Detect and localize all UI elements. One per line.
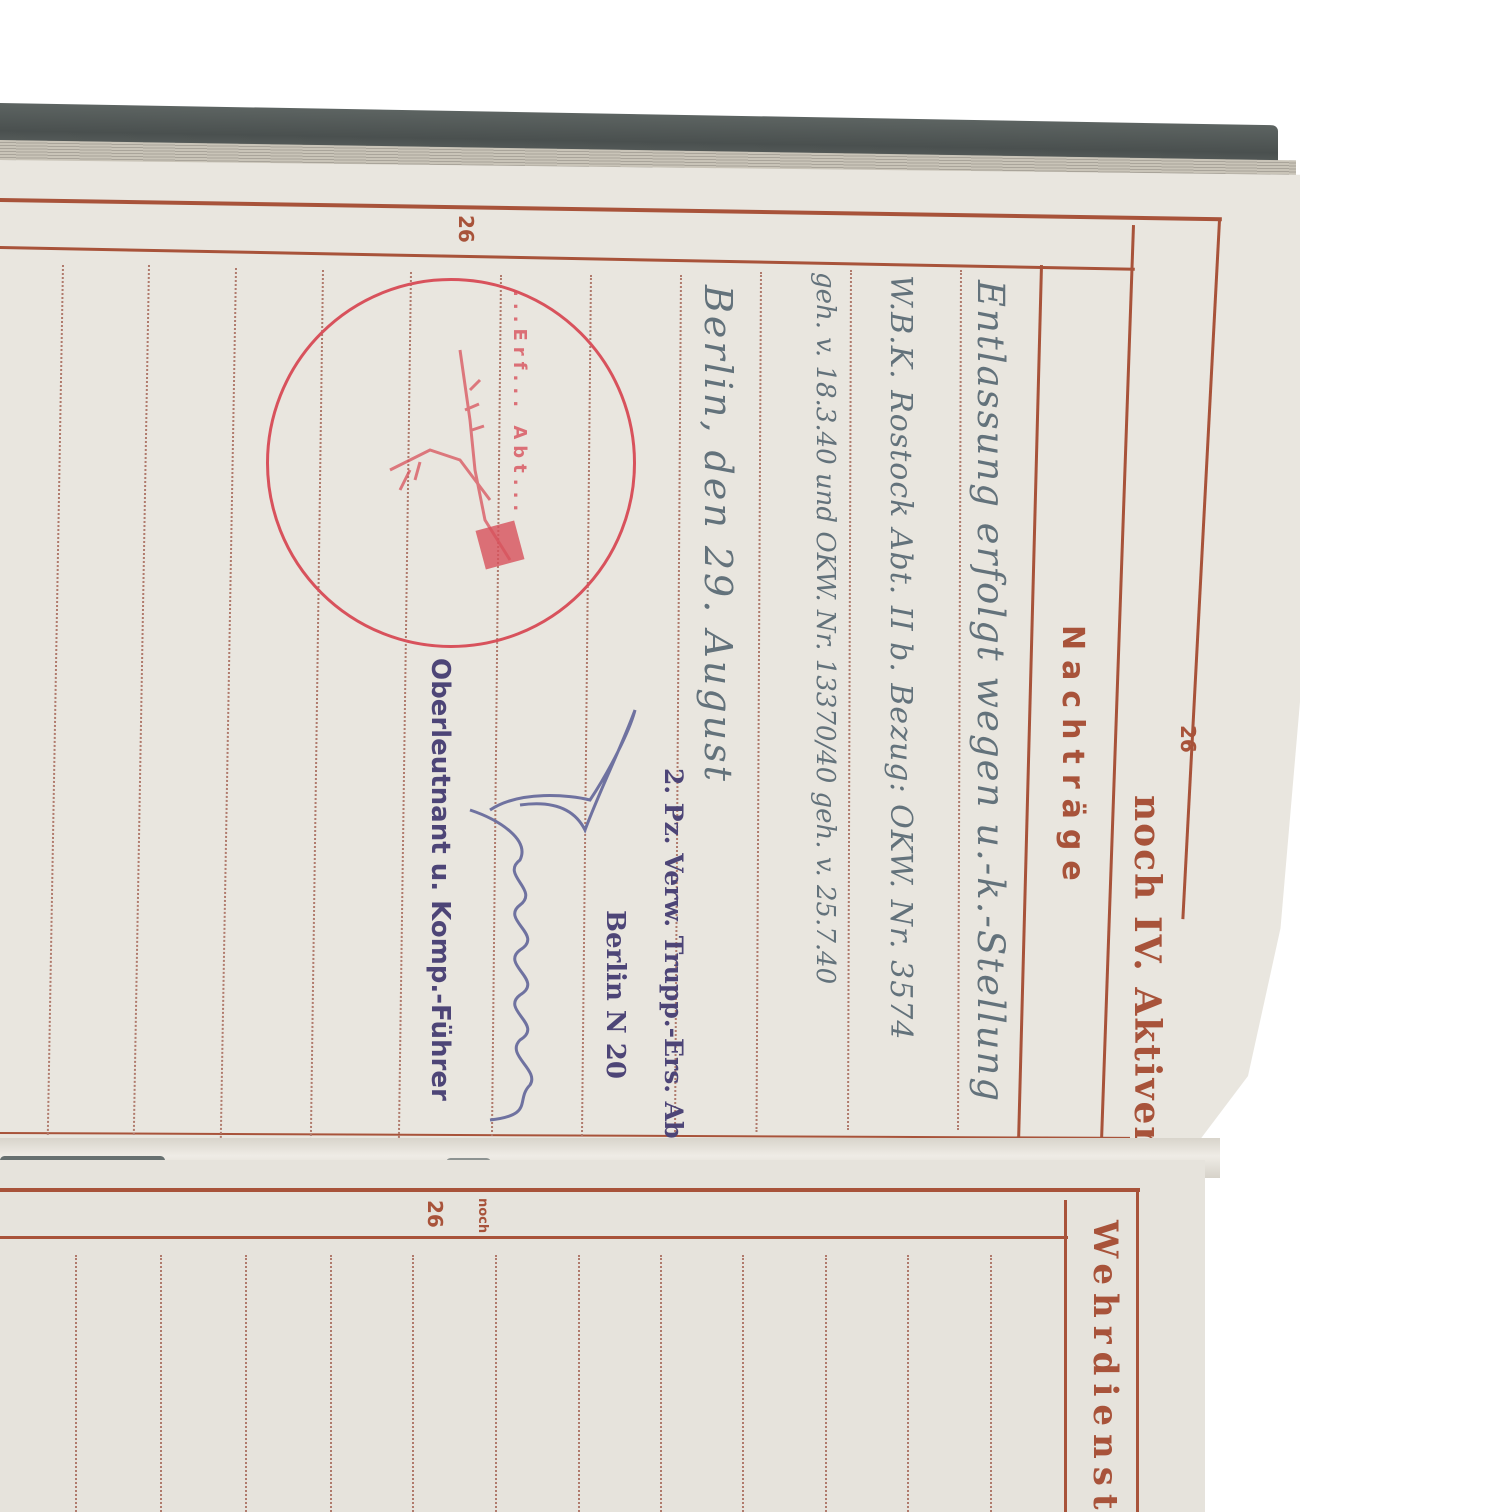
lower-frame-right-inner xyxy=(1064,1200,1067,1512)
ruling-line xyxy=(75,1255,77,1512)
handwritten-line-4: Berlin, den 29. August xyxy=(696,285,740,784)
rank-stamp: Oberleutnant u. Komp.-Führer xyxy=(425,658,455,1101)
lower-frame-inner xyxy=(0,1236,1068,1239)
lower-frame-top xyxy=(0,1188,1140,1192)
lower-noch-label: noch xyxy=(475,1198,490,1233)
page-number-lower: 26 xyxy=(423,1200,447,1228)
ruling-line xyxy=(495,1255,497,1512)
ruling-line xyxy=(825,1255,827,1512)
handwritten-line-1: Entlassung erfolgt wegen u.-k.-Stellung xyxy=(969,280,1012,1103)
seal-text: ...Erf... Abt... xyxy=(509,290,530,517)
ruling-line xyxy=(990,1255,992,1512)
page-number-top: 26 xyxy=(454,215,478,243)
section-title: noch IV. Aktiver xyxy=(1126,795,1168,1147)
ruling-line xyxy=(660,1255,662,1512)
page-number-right: 26 xyxy=(1176,725,1200,753)
lower-page xyxy=(0,1160,1205,1512)
section-subtitle: Nachträge xyxy=(1055,625,1090,891)
ruling-line xyxy=(742,1255,744,1512)
ruling-line xyxy=(907,1255,909,1512)
ruling-line xyxy=(245,1255,247,1512)
ruling-line xyxy=(578,1255,580,1512)
handwritten-line-3: geh. v. 18.3.40 und OKW. Nr. 13370/40 ge… xyxy=(810,272,840,984)
lower-frame-right-outer xyxy=(1136,1192,1139,1512)
lower-section-title: Wehrdienst xyxy=(1085,1220,1125,1512)
signature xyxy=(460,700,660,1140)
ruling-line xyxy=(412,1255,414,1512)
unit-stamp-line-1: 2. Pz. Verw. Trupp.-Ers. Abt. xyxy=(659,768,688,1159)
ruling-line xyxy=(160,1255,162,1512)
ruling-line xyxy=(330,1255,332,1512)
handwritten-line-2: W.B.K. Rostock Abt. II b. Bezug: OKW. Nr… xyxy=(883,275,918,1040)
